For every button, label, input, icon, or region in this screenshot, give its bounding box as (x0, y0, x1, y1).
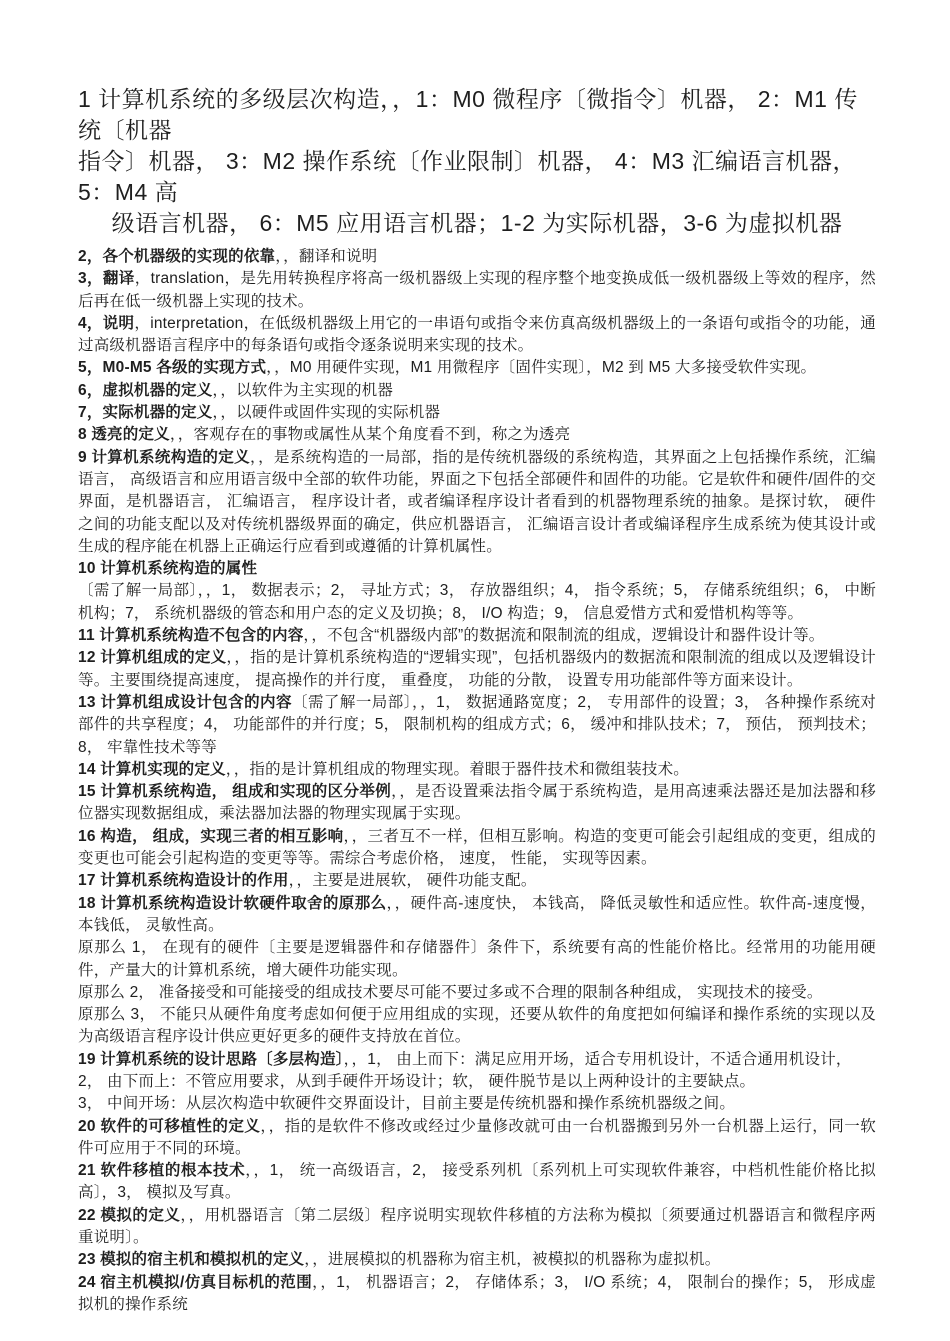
item-18-principle-2: 原那么 2， 准备接受和可能接受的组成技术要尽可能不要过多或不合理的限制各种组成… (78, 982, 876, 1004)
item-3: 3，翻译，translation，是先用转换程序将高一级机器级上实现的程序整个地… (78, 268, 876, 313)
item-14-term: 14 计算机实现的定义 (78, 761, 226, 778)
item-18-principle-1-text: 原那么 1， 在现有的硬件〔主要是逻辑器件和存储器件〕条件下，系统要有高的性能价… (78, 939, 876, 978)
item-12-term: 12 计算机组成的定义 (78, 649, 226, 666)
item-10-text: 〔需了解一局部〕，，1， 数据表示；2， 寻址方式；3， 存放器组织；4， 指令… (78, 582, 876, 621)
item-22-term: 22 模拟的定义 (78, 1207, 180, 1224)
item-16-term: 16 构造， 组成，实现三者的相互影响 (78, 828, 343, 845)
item-8-text: ，，客观存在的事物或属性从某个角度看不到，称之为透亮 (170, 426, 570, 443)
item-22: 22 模拟的定义，，用机器语言〔第二层级〕程序说明实现软件移植的方法称为模拟〔须… (78, 1205, 876, 1250)
item-7-term: 7，实际机器的定义 (78, 404, 212, 421)
item-6-text: ，，以软件为主实现的机器 (212, 382, 393, 399)
item-8: 8 透亮的定义，，客观存在的事物或属性从某个角度看不到，称之为透亮 (78, 424, 876, 446)
item-19: 19 计算机系统的设计思路〔多层构造〕，，1， 由上而下：满足应用开场，适合专用… (78, 1049, 876, 1071)
title-line-3: 级语言机器， 6：M5 应用语言机器；1-2 为实际机器，3-6 为虚拟机器 (78, 208, 876, 239)
item-6: 6，虚拟机器的定义，，以软件为主实现的机器 (78, 380, 876, 402)
item-19-sub-2: 2， 由下而上：不管应用要求，从到手硬件开场设计；软， 硬件脱节是以上两种设计的… (78, 1071, 876, 1093)
item-23-term: 23 模拟的宿主机和模拟机的定义 (78, 1251, 304, 1268)
item-7: 7，实际机器的定义，，以硬件或固件实现的实际机器 (78, 402, 876, 424)
item-4-text: ，interpretation，在低级机器级上用它的一串语句或指令来仿真高级机器… (78, 315, 876, 354)
item-2-term: 2，各个机器级的实现的依靠 (78, 248, 275, 265)
item-5-term: 5，M0-M5 各级的实现方式 (78, 359, 266, 376)
item-23-text: ，，进展模拟的机器称为宿主机，被模拟的机器称为虚拟机。 (304, 1251, 720, 1268)
document-page: 1 计算机系统的多级层次构造，，1：M0 微程序〔微指令〕机器， 2：M1 传统… (0, 0, 950, 1341)
item-20-term: 20 软件的可移植性的定义 (78, 1118, 260, 1135)
item-22-text: ，，用机器语言〔第二层级〕程序说明实现软件移植的方法称为模拟〔须要通过机器语言和… (78, 1207, 876, 1246)
item-24: 24 宿主机模拟/仿真目标机的范围，，1， 机器语言；2， 存储体系；3， I/… (78, 1272, 876, 1317)
document-title: 1 计算机系统的多级层次构造，，1：M0 微程序〔微指令〕机器， 2：M1 传统… (78, 84, 876, 239)
item-18-principle-3: 原那么 3， 不能只从硬件角度考虑如何便于应用组成的实现，还要从软件的角度把如何… (78, 1004, 876, 1049)
title-line-2: 指令〕机器， 3：M2 操作系统〔作业限制〕机器， 4：M3 汇编语言机器， 5… (78, 146, 876, 208)
item-16: 16 构造， 组成，实现三者的相互影响，，三者互不一样，但相互影响。构造的变更可… (78, 826, 876, 871)
item-13: 13 计算机组成设计包含的内容〔需了解一局部〕，，1， 数据通路宽度；2， 专用… (78, 692, 876, 759)
document-body: 2，各个机器级的实现的依靠，，翻译和说明 3，翻译，translation，是先… (78, 246, 876, 1316)
item-4: 4，说明，interpretation，在低级机器级上用它的一串语句或指令来仿真… (78, 313, 876, 358)
item-19-sub-3-text: 3， 中间开场：从层次构造中软硬件交界面设计，目前主要是传统机器和操作系统机器级… (78, 1095, 735, 1112)
item-9-term: 9 计算机系统构造的定义 (78, 449, 250, 466)
item-6-term: 6，虚拟机器的定义 (78, 382, 212, 399)
item-19-term: 19 计算机系统的设计思路〔多层构造〕 (78, 1051, 344, 1068)
item-15-term: 15 计算机系统构造， 组成和实现的区分举例 (78, 783, 391, 800)
item-11-term: 11 计算机系统构造不包含的内容 (78, 627, 303, 644)
item-2: 2，各个机器级的实现的依靠，，翻译和说明 (78, 246, 876, 268)
item-10-body: 〔需了解一局部〕，，1， 数据表示；2， 寻址方式；3， 存放器组织；4， 指令… (78, 580, 876, 625)
item-19-sub-3: 3， 中间开场：从层次构造中软硬件交界面设计，目前主要是传统机器和操作系统机器级… (78, 1093, 876, 1115)
item-18-principle-2-text: 原那么 2， 准备接受和可能接受的组成技术要尽可能不要过多或不合理的限制各种组成… (78, 984, 823, 1001)
item-11: 11 计算机系统构造不包含的内容，，不包含“机器级内部”的数据流和限制流的组成，… (78, 625, 876, 647)
item-17: 17 计算机系统构造设计的作用，，主要是进展软， 硬件功能支配。 (78, 870, 876, 892)
item-14-text: ，，指的是计算机组成的物理实现。着眼于器件技术和微组装技术。 (226, 761, 689, 778)
item-12: 12 计算机组成的定义，，指的是计算机系统构造的“逻辑实现”，包括机器级内的数据… (78, 647, 876, 692)
item-17-text: ，，主要是进展软， 硬件功能支配。 (289, 872, 537, 889)
item-21-term: 21 软件移植的根本技术 (78, 1162, 245, 1179)
item-18-principle-1: 原那么 1， 在现有的硬件〔主要是逻辑器件和存储器件〕条件下，系统要有高的性能价… (78, 937, 876, 982)
item-8-term: 8 透亮的定义 (78, 426, 170, 443)
item-18-term: 18 计算机系统构造设计软硬件取舍的原那么 (78, 895, 387, 912)
item-10-heading: 10 计算机系统构造的属性 (78, 558, 876, 580)
item-4-term: 4，说明 (78, 315, 134, 332)
item-9: 9 计算机系统构造的定义，，是系统构造的一局部，指的是传统机器级的系统构造，其界… (78, 447, 876, 558)
item-14: 14 计算机实现的定义，，指的是计算机组成的物理实现。着眼于器件技术和微组装技术… (78, 759, 876, 781)
item-15: 15 计算机系统构造， 组成和实现的区分举例，，是否设置乘法指令属于系统构造，是… (78, 781, 876, 826)
title-line-1: 1 计算机系统的多级层次构造，，1：M0 微程序〔微指令〕机器， 2：M1 传统… (78, 84, 876, 146)
item-18-principle-3-text: 原那么 3， 不能只从硬件角度考虑如何便于应用组成的实现，还要从软件的角度把如何… (78, 1006, 876, 1045)
item-23: 23 模拟的宿主机和模拟机的定义，，进展模拟的机器称为宿主机，被模拟的机器称为虚… (78, 1249, 876, 1271)
item-3-term: 3，翻译 (78, 270, 135, 287)
item-10-term: 10 计算机系统构造的属性 (78, 560, 257, 577)
item-17-term: 17 计算机系统构造设计的作用 (78, 872, 289, 889)
item-5-text: ，，M0 用硬件实现，M1 用微程序〔固件实现〕，M2 到 M5 大多接受软件实… (266, 359, 816, 376)
item-13-term: 13 计算机组成设计包含的内容 (78, 694, 292, 711)
item-2-text: ，，翻译和说明 (275, 248, 377, 265)
item-7-text: ，，以硬件或固件实现的实际机器 (212, 404, 440, 421)
item-19-text: ，，1， 由上而下：满足应用开场，适合专用机设计，不适合通用机设计， (344, 1051, 852, 1068)
item-18: 18 计算机系统构造设计软硬件取舍的原那么，，硬件高-速度快， 本钱高， 降低灵… (78, 893, 876, 938)
item-20: 20 软件的可移植性的定义，，指的是软件不修改或经过少量修改就可由一台机器搬到另… (78, 1116, 876, 1161)
item-3-text: ，translation，是先用转换程序将高一级机器级上实现的程序整个地变换成低… (78, 270, 876, 309)
item-24-term: 24 宿主机模拟/仿真目标机的范围 (78, 1274, 312, 1291)
item-21: 21 软件移植的根本技术，，1， 统一高级语言，2， 接受系列机〔系列机上可实现… (78, 1160, 876, 1205)
item-19-sub-2-text: 2， 由下而上：不管应用要求，从到手硬件开场设计；软， 硬件脱节是以上两种设计的… (78, 1073, 755, 1090)
item-5: 5，M0-M5 各级的实现方式，，M0 用硬件实现，M1 用微程序〔固件实现〕，… (78, 357, 876, 379)
item-11-text: ，，不包含“机器级内部”的数据流和限制流的组成，逻辑设计和器件设计等。 (303, 627, 824, 644)
